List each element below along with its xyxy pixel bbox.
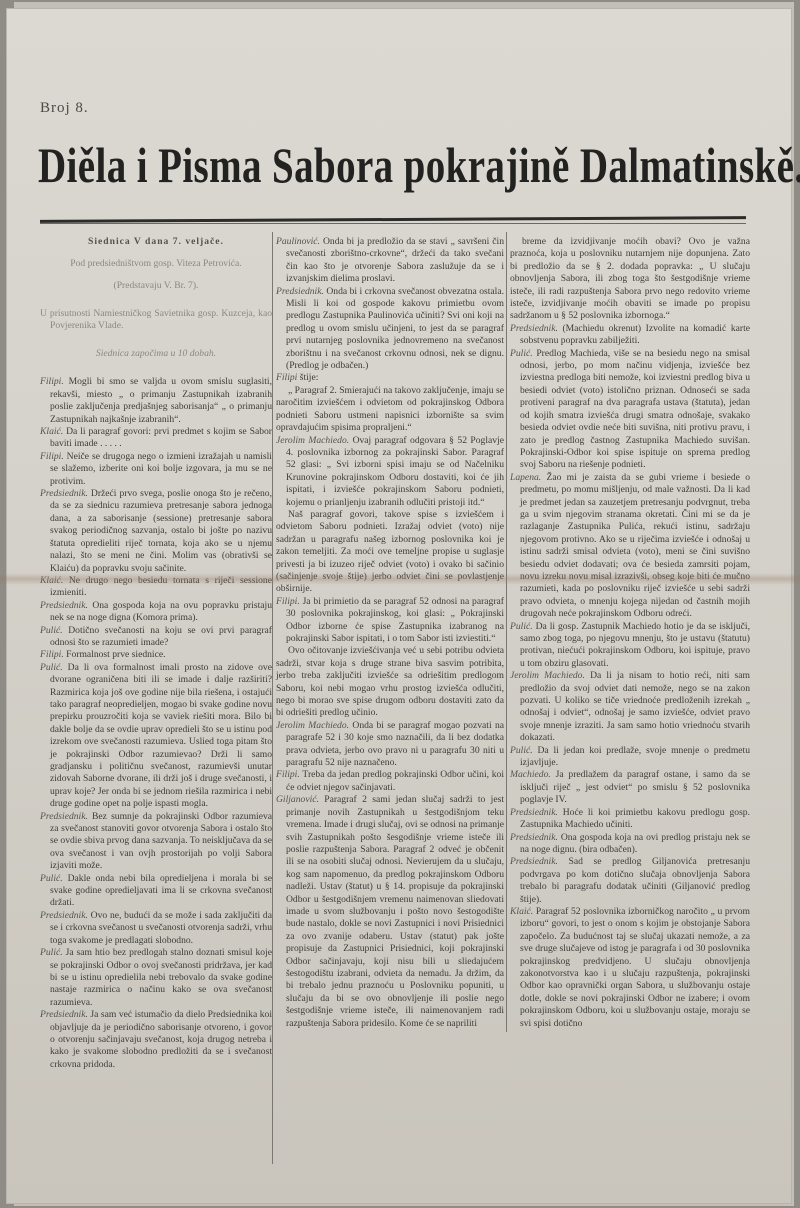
speech-paragraph: Filipi. Mogli bi smo se valjda u ovom sm… [40,376,272,426]
speaker-name: Machiedo. [510,769,556,780]
speech-paragraph: Pulić. Dakle onda nebi bila opredieljena… [40,873,272,910]
speaker-name: Pulić. [40,625,68,636]
speech-paragraph: Predsiednik. Bez sumnje da pokrajinski O… [40,811,272,873]
speaker-name: Predsiednik. [510,832,561,843]
speech-paragraph: Machiedo. Ja predlažem da paragraf ostan… [510,769,750,806]
speaker-name: Predsiednik. [40,488,91,499]
issue-number: Broj 8. [40,100,89,117]
speaker-name: Jerolim Machiedo. [510,670,590,681]
speaker-name: Filipi [276,372,300,383]
speech-paragraph: Predsiednik. Ovo ne, budući da se može i… [40,910,272,947]
speaker-name: Jerolim Machiedo. [276,435,353,446]
speaker-name: Pulić. [40,947,66,958]
speaker-name: Predsiednik. [40,1009,90,1020]
speaker-name: Predsiednik. [40,910,91,921]
speaker-name: Predsiednik. [510,323,562,334]
speaker-name: Klaić. [40,426,66,437]
speaker-name: Filipi. [40,649,66,660]
speech-paragraph: Predsiednik. Ona gospoda koja na ovu pop… [40,600,272,625]
speech-paragraph: Filipi. Ja bi primietio da se paragraf 5… [276,596,504,646]
speech-paragraph: Paulinović. Onda bi ja predložio da se s… [276,236,504,286]
session-heading: Siednica V dana 7. veljače. [40,236,272,248]
speech-paragraph: Pulić. Da li ova formalnost imali prosto… [40,662,272,811]
column-2: Paulinović. Onda bi ja predložio da se s… [276,236,504,1030]
session-chair: Pod predsiedništvom gosp. Viteza Petrovi… [40,258,272,270]
speech-text: Dotično svečanosti na koju se ovi prvi p… [50,625,272,648]
speaker-name: Klaić. [40,575,69,586]
speaker-name: Predsiednik. [40,600,92,611]
speaker-name: Filipi. [276,769,302,780]
speaker-name: Giljanović. [276,794,324,805]
speech-paragraph: Pulić. Predlog Machieda, više se na besi… [510,348,750,472]
speaker-name: Lapena. [510,472,546,483]
speech-paragraph: Klaić. Paragraf 52 poslovnika izborničko… [510,906,750,1030]
speech-paragraph: Pulić. Da li jedan koi predlaže, svoje m… [510,745,750,770]
speech-paragraph: Filipi štije: [276,372,504,384]
speaker-name: Predsiednik. [510,856,568,867]
speech-paragraph: Naš paragraf govori, takove spise s izvi… [276,509,504,596]
speech-text: Dakle onda nebi bila opredieljena i mora… [50,873,272,909]
speech-paragraph: Giljanović. Paragraf 2 sami jedan slučaj… [276,794,504,1030]
speech-paragraph: Klaić. Da li paragraf govori: prvi predm… [40,426,272,451]
column-2-body: Paulinović. Onda bi ja predložio da se s… [276,236,504,1030]
speech-text: Da li jedan koi predlaže, svoje mnenje o… [520,745,750,768]
speech-paragraph: Predsiednik. Držeći prvo svega, poslie o… [40,488,272,575]
session-chair-ref: (Predstavaju V. Br. 7). [40,280,272,292]
speech-text: Onda bi i crkovna svečanost obvezatna os… [286,286,504,371]
speaker-name: Predsiednik. [510,807,563,818]
speech-paragraph: Jerolim Machiedo. Onda bi se paragraf mo… [276,720,504,770]
speech-text: Treba da jedan predlog pokrajinski Odbor… [286,769,504,792]
speech-text: Da li gosp. Zastupnik Machiedo hotio je … [520,621,750,669]
speech-text: Ovo očitovanje izviešćivanja već u sebi … [276,645,504,718]
column-3-body: breme da izvidjivanje moćih obavi? Ovo j… [510,236,750,1030]
session-start: Siednica započima u 10 dobah. [40,348,272,360]
speaker-name: Pulić. [510,348,536,359]
column-divider [506,232,507,1032]
speech-paragraph: Lapena. Žao mi je zaista da se gubi vrie… [510,472,750,621]
speech-paragraph: Pulić. Da li gosp. Zastupnik Machiedo ho… [510,621,750,671]
speaker-name: Pulić. [40,873,68,884]
speaker-name: Pulić. [510,745,537,756]
speech-paragraph: Predsiednik. Ona gospoda koja na ovi pre… [510,832,750,857]
speech-text: štije: [300,372,319,383]
speaker-name: Klaić. [510,906,536,917]
speech-paragraph: Filipi. Treba da jedan predlog pokrajins… [276,769,504,794]
masthead-title: Diěla i Pisma Sabora pokrajině Dalmatins… [38,136,584,194]
speaker-name: Predsiednik. [276,286,326,297]
speech-text: Mogli bi smo se valjda u ovom smislu sug… [50,376,272,424]
speaker-name: Paulinović. [276,236,323,247]
speech-text: Predlog Machieda, više se na besiedu neg… [520,348,750,471]
speech-text: Držeći prvo svega, poslie onoga što je r… [50,488,272,573]
speech-text: Naš paragraf govori, takove spise s izvi… [276,509,504,594]
column-1: Siednica V dana 7. veljače. Pod predsied… [40,232,272,1071]
speech-paragraph: Jerolim Machiedo. Da li ja nisam to hoti… [510,670,750,744]
masthead-rule-thin [40,223,746,224]
speech-paragraph: Ovo očitovanje izviešćivanja već u sebi … [276,645,504,719]
speech-paragraph: Predsiednik. (Machiedu okrenut) Izvolite… [510,323,750,348]
speaker-name: Filipi. [276,596,303,607]
session-presence: U prisutnosti Namiestničkog Savietnika g… [40,308,272,333]
speaker-name: Filipi. [40,451,67,462]
speech-paragraph: Filipi. Neiče se drugoga nego o izmieni … [40,451,272,488]
speech-text: Paragraf 2 sami jedan slučaj sadrži to j… [286,794,504,1028]
speech-paragraph: „ Paragraf 2. Smierajući na takovo zaklj… [276,385,504,435]
speech-text: Ne drugo nego besiedu tornata s riječi s… [50,575,272,598]
column-divider [272,232,273,1164]
speech-paragraph: Klaić. Ne drugo nego besiedu tornata s r… [40,575,272,600]
speaker-name: Pulić. [510,621,536,632]
speech-paragraph: Jerolim Machiedo. Ovaj paragraf odgovara… [276,435,504,509]
speech-text: Ja bi primietio da se paragraf 52 odnosi… [286,596,504,644]
column-1-body: Filipi. Mogli bi smo se valjda u ovom sm… [40,376,272,1071]
speech-paragraph: Predsiednik. Onda bi i crkovna svečanost… [276,286,504,373]
speech-text: breme da izvidjivanje moćih obavi? Ovo j… [510,236,750,321]
speech-paragraph: Predsiednik. Hoće li koi primietbu kakov… [510,807,750,832]
speech-text: Formalnost prve siednice. [66,649,165,660]
speech-text: „ Paragraf 2. Smierajući na takovo zaklj… [276,385,504,433]
speech-paragraph: breme da izvidjivanje moćih obavi? Ovo j… [510,236,750,323]
speech-paragraph: Predsiednik. Sad se predlog Giljanovića … [510,856,750,906]
speech-paragraph: Pulić. Ja sam htio bez predlogah stalno … [40,947,272,1009]
column-3: breme da izvidjivanje moćih obavi? Ovo j… [510,236,750,1030]
speech-paragraph: Pulić. Dotično svečanosti na koju se ovi… [40,625,272,650]
speech-text: Neiče se drugoga nego o izmieni izražaja… [50,451,272,487]
speaker-name: Pulić. [40,662,68,673]
speaker-name: Jerolim Machiedo. [276,720,352,731]
speech-text: Žao mi je zaista da se gubi vrieme i bes… [520,472,750,619]
speech-text: Ja sam htio bez predlogah stalno doznati… [50,947,272,1008]
speaker-name: Filipi. [40,376,69,387]
speech-text: Da li paragraf govori: prvi predmet s ko… [50,426,272,449]
speech-paragraph: Filipi. Formalnost prve siednice. [40,649,272,661]
speech-text: Da li ova formalnost imali prosto na zid… [50,662,272,809]
speech-paragraph: Predsiednik. Ja sam već istumačio da die… [40,1009,272,1071]
speech-text: Paragraf 52 poslovnika izborničkog naroč… [520,906,750,1029]
speaker-name: Predsiednik. [40,811,92,822]
